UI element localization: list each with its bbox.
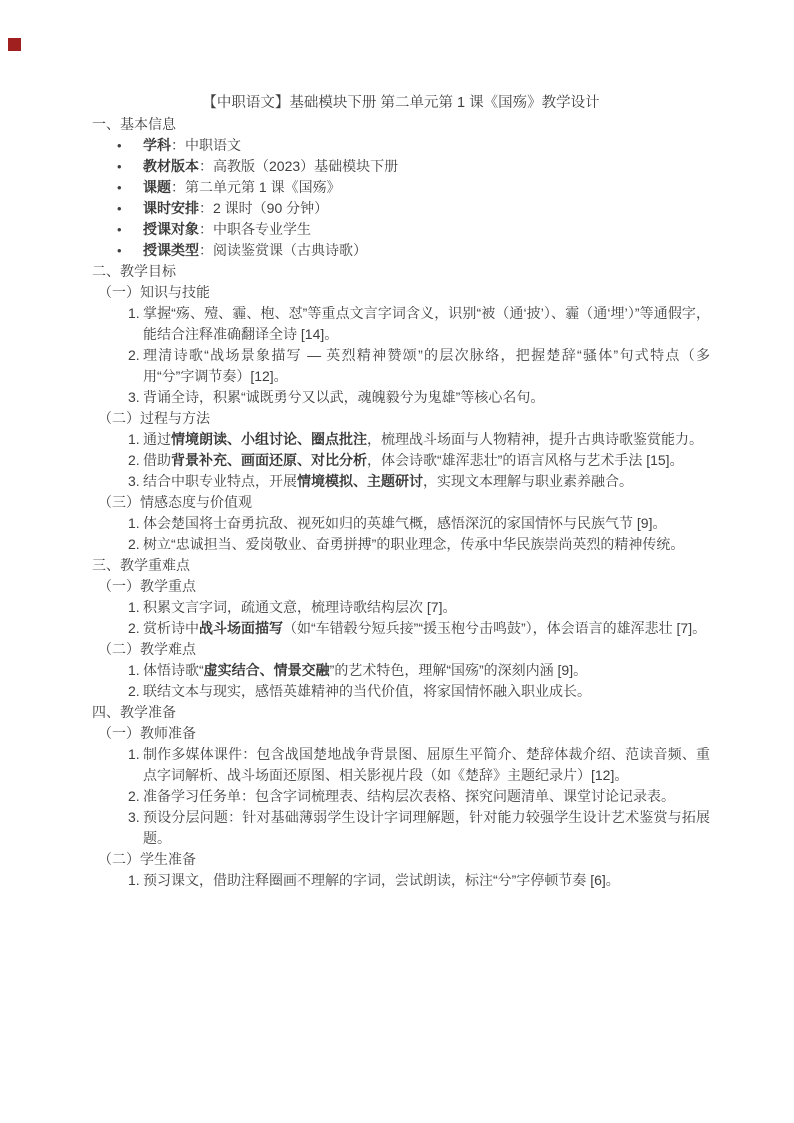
numbered-item: 1.预习课文，借助注释圈画不理解的字词，尝试朗读，标注“兮”字停顿节奏 [6]。 [92, 870, 710, 891]
section-heading: 二、教学目标 [92, 261, 710, 282]
text-run: ，体会诗歌“雄浑悲壮”的语言风格与艺术手法 [15]。 [367, 452, 684, 468]
bold-text-run: 虚实结合、情景交融 [204, 662, 330, 678]
list-number: 2. [128, 681, 140, 702]
list-number: 3. [128, 807, 140, 828]
bold-text-run: 课题 [143, 179, 171, 195]
subsection-heading: （三）情感态度与价值观 [98, 492, 710, 513]
text-run: ：高教版（2023）基础模块下册 [199, 158, 398, 174]
numbered-item: 1.掌握“殇、殪、霾、枹、怼”等重点文言字词含义，识别“被（通‘披’）、霾（通‘… [92, 303, 710, 345]
subsection-heading: （一）教师准备 [98, 723, 710, 744]
text-run: ：中职各专业学生 [199, 221, 311, 237]
section-heading: 三、教学重难点 [92, 555, 710, 576]
bold-text-run: 授课对象 [143, 221, 199, 237]
numbered-item: 2.联结文本与现实，感悟英雄精神的当代价值，将家国情怀融入职业成长。 [92, 681, 710, 702]
numbered-item: 3.背诵全诗，积累“诚既勇兮又以武，魂魄毅兮为鬼雄”等核心名句。 [92, 387, 710, 408]
text-run: 【中职语文】基础模块下册 第二单元第 1 课《国殇》教学设计 [202, 95, 599, 111]
bullet-item: •学科：中职语文 [92, 135, 710, 156]
list-number: 1. [128, 870, 140, 891]
text-run: 预设分层问题：针对基础薄弱学生设计字词理解题，针对能力较强学生设计艺术鉴赏与拓展… [143, 809, 710, 846]
list-number: 1. [128, 660, 140, 681]
bold-text-run: 战斗场面描写 [199, 620, 283, 636]
bold-text-run: 情境模拟、主题研讨 [297, 473, 423, 489]
text-run: 理清诗歌“战场景象描写 — 英烈精神赞颂”的层次脉络，把握楚辞“骚体”句式特点（… [143, 347, 710, 384]
bold-text-run: 授课类型 [143, 242, 199, 258]
text-run: ：中职语文 [171, 137, 241, 153]
bold-text-run: 教材版本 [143, 158, 199, 174]
text-run: ：第二单元第 1 课《国殇》 [171, 179, 341, 195]
text-run: 体会楚国将士奋勇抗敌、视死如归的英雄气概，感悟深沉的家国情怀与民族气节 [9]。 [143, 515, 666, 531]
text-run: （三）情感态度与价值观 [98, 494, 252, 510]
list-number: 2. [128, 345, 140, 366]
subsection-heading: （一）知识与技能 [98, 282, 710, 303]
text-run: 掌握“殇、殪、霾、枹、怼”等重点文言字词含义，识别“被（通‘披’）、霾（通‘埋’… [143, 305, 710, 342]
text-run: 体悟诗歌“ [143, 662, 204, 678]
text-run: 树立“忠诚担当、爱岗敬业、奋勇拼搏”的职业理念，传承中华民族崇尚英烈的精神传统。 [143, 536, 684, 552]
list-number: 3. [128, 387, 140, 408]
document-body: 【中职语文】基础模块下册 第二单元第 1 课《国殇》教学设计一、基本信息•学科：… [92, 93, 710, 891]
text-run: 预习课文，借助注释圈画不理解的字词，尝试朗读，标注“兮”字停顿节奏 [6]。 [143, 872, 620, 888]
subsection-heading: （二）教学难点 [98, 639, 710, 660]
numbered-item: 3.预设分层问题：针对基础薄弱学生设计字词理解题，针对能力较强学生设计艺术鉴赏与… [92, 807, 710, 849]
numbered-item: 1.制作多媒体课件：包含战国楚地战争背景图、屈原生平简介、楚辞体裁介绍、范读音频… [92, 744, 710, 786]
text-run: （一）知识与技能 [98, 284, 210, 300]
list-number: 2. [128, 786, 140, 807]
bullet-item: •教材版本：高教版（2023）基础模块下册 [92, 156, 710, 177]
bold-text-run: 学科 [143, 137, 171, 153]
list-number: 1. [128, 429, 140, 450]
text-run: 背诵全诗，积累“诚既勇兮又以武，魂魄毅兮为鬼雄”等核心名句。 [143, 389, 544, 405]
subsection-heading: （二）学生准备 [98, 849, 710, 870]
text-run: 三、教学重难点 [92, 557, 190, 573]
bold-text-run: 课时安排 [143, 200, 199, 216]
text-run: （二）教学难点 [98, 641, 196, 657]
bullet-icon: • [117, 240, 122, 261]
numbered-item: 1.体会楚国将士奋勇抗敌、视死如归的英雄气概，感悟深沉的家国情怀与民族气节 [9… [92, 513, 710, 534]
bullet-icon: • [117, 135, 122, 156]
subsection-heading: （一）教学重点 [98, 576, 710, 597]
text-run: 二、教学目标 [92, 263, 176, 279]
list-number: 2. [128, 618, 140, 639]
text-run: ”的艺术特色，理解“国殇”的深刻内涵 [9]。 [330, 662, 587, 678]
numbered-item: 2.借助背景补充、画面还原、对比分析，体会诗歌“雄浑悲壮”的语言风格与艺术手法 … [92, 450, 710, 471]
red-square-marker [8, 38, 21, 51]
section-heading: 四、教学准备 [92, 702, 710, 723]
text-run: 借助 [143, 452, 171, 468]
numbered-item: 3.结合中职专业特点，开展情境模拟、主题研讨，实现文本理解与职业素养融合。 [92, 471, 710, 492]
bullet-icon: • [117, 219, 122, 240]
list-number: 1. [128, 513, 140, 534]
text-run: （一）教学重点 [98, 578, 196, 594]
text-run: ：2 课时（90 分钟） [199, 200, 328, 216]
text-run: 准备学习任务单：包含字词梳理表、结构层次表格、探究问题清单、课堂讨论记录表。 [143, 788, 675, 804]
bullet-item: •授课类型：阅读鉴赏课（古典诗歌） [92, 240, 710, 261]
subsection-heading: （二）过程与方法 [98, 408, 710, 429]
list-number: 2. [128, 534, 140, 555]
numbered-item: 2.准备学习任务单：包含字词梳理表、结构层次表格、探究问题清单、课堂讨论记录表。 [92, 786, 710, 807]
doc-title: 【中职语文】基础模块下册 第二单元第 1 课《国殇》教学设计 [92, 93, 710, 114]
text-run: 四、教学准备 [92, 704, 176, 720]
list-number: 2. [128, 450, 140, 471]
text-run: 积累文言字词，疏通文意，梳理诗歌结构层次 [7]。 [143, 599, 456, 615]
list-number: 1. [128, 744, 140, 765]
text-run: （二）过程与方法 [98, 410, 210, 426]
bold-text-run: 情境朗读、小组讨论、圈点批注 [171, 431, 367, 447]
numbered-item: 1.体悟诗歌“虚实结合、情景交融”的艺术特色，理解“国殇”的深刻内涵 [9]。 [92, 660, 710, 681]
text-run: 通过 [143, 431, 171, 447]
numbered-item: 1.通过情境朗读、小组讨论、圈点批注，梳理战斗场面与人物精神，提升古典诗歌鉴赏能… [92, 429, 710, 450]
text-run: 联结文本与现实，感悟英雄精神的当代价值，将家国情怀融入职业成长。 [143, 683, 591, 699]
numbered-item: 1.积累文言字词，疏通文意，梳理诗歌结构层次 [7]。 [92, 597, 710, 618]
bullet-item: •授课对象：中职各专业学生 [92, 219, 710, 240]
list-number: 3. [128, 471, 140, 492]
bullet-item: •课时安排：2 课时（90 分钟） [92, 198, 710, 219]
text-run: 结合中职专业特点，开展 [143, 473, 297, 489]
bullet-icon: • [117, 156, 122, 177]
list-number: 1. [128, 303, 140, 324]
text-run: ，梳理战斗场面与人物精神，提升古典诗歌鉴赏能力。 [367, 431, 703, 447]
text-run: （二）学生准备 [98, 851, 196, 867]
text-run: ，实现文本理解与职业素养融合。 [423, 473, 633, 489]
bullet-icon: • [117, 198, 122, 219]
section-heading: 一、基本信息 [92, 114, 710, 135]
numbered-item: 2.理清诗歌“战场景象描写 — 英烈精神赞颂”的层次脉络，把握楚辞“骚体”句式特… [92, 345, 710, 387]
numbered-item: 2.赏析诗中战斗场面描写（如“车错毂兮短兵接”“援玉枹兮击鸣鼓”），体会语言的雄… [92, 618, 710, 639]
bullet-item: •课题：第二单元第 1 课《国殇》 [92, 177, 710, 198]
text-run: ：阅读鉴赏课（古典诗歌） [199, 242, 367, 258]
bold-text-run: 背景补充、画面还原、对比分析 [171, 452, 367, 468]
text-run: 制作多媒体课件：包含战国楚地战争背景图、屈原生平简介、楚辞体裁介绍、范读音频、重… [143, 746, 710, 783]
bullet-icon: • [117, 177, 122, 198]
text-run: （如“车错毂兮短兵接”“援玉枹兮击鸣鼓”），体会语言的雄浑悲壮 [7]。 [283, 620, 706, 636]
text-run: 一、基本信息 [92, 116, 176, 132]
text-run: （一）教师准备 [98, 725, 196, 741]
numbered-item: 2.树立“忠诚担当、爱岗敬业、奋勇拼搏”的职业理念，传承中华民族崇尚英烈的精神传… [92, 534, 710, 555]
list-number: 1. [128, 597, 140, 618]
text-run: 赏析诗中 [143, 620, 199, 636]
